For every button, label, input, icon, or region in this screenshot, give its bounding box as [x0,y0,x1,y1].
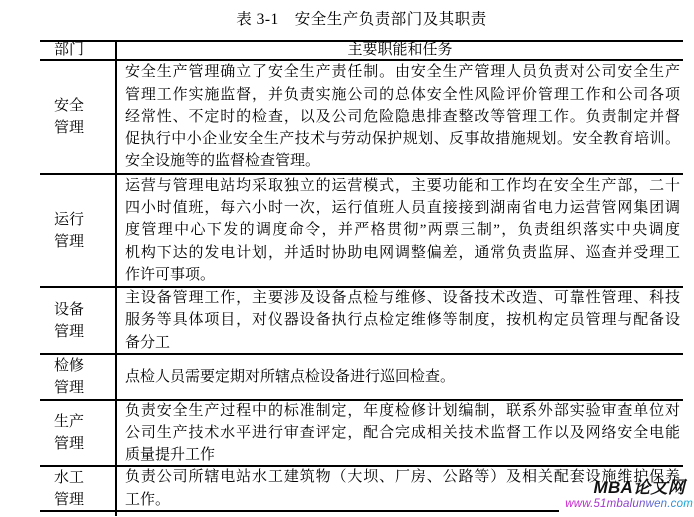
duty-text-line: 主设备管理工作，主要涉及设备点检与维修、设备技术改造、可靠性管理、科技 [125,287,680,309]
duty-cell: 负责安全生产过程中的标准制定，年度检修计划编制，联系外部实验审查单位对公司生产技… [117,401,683,465]
duty-text-line: 备分工 [125,332,680,354]
dept-cell: 安全管理 [40,61,117,173]
duty-text-line: 四小时值班，每六小时一次，运行值班人员直接接到湖南省电力运营管网集团调 [125,197,680,219]
table-row: 检修管理点检人员需要定期对所辖点检设备进行巡回检查。 [40,355,683,401]
duty-text-line: 点检人员需要定期对所辖点检设备进行巡回检查。 [125,366,680,388]
duty-text-line: 负责安全生产过程中的标准制定，年度检修计划编制，联系外部实验审查单位对 [125,400,680,422]
table-body: 安全管理安全生产管理确立了安全生产责任制。由安全生产管理人员负责对公司安全生产管… [40,61,683,510]
table-caption: 表 3-1 安全生产负责部门及其职责 [40,7,683,29]
document-page: 表 3-1 安全生产负责部门及其职责 部门 主要职能和任务 安全管理安全生产管理… [0,0,694,517]
dept-cell: 生产管理 [40,401,117,465]
dept-label-line: 检修 [54,355,115,377]
duty-cell: 点检人员需要定期对所辖点检设备进行巡回检查。 [117,355,683,399]
duty-cell: 安全生产管理确立了安全生产责任制。由安全生产管理人员负责对公司安全生产管理工作实… [117,61,683,173]
dept-label-line: 管理 [54,377,115,399]
watermark-url: www.51mbalunwen.com [559,496,694,514]
duty-text-line: 安全设施等的监督检查管理。 [125,150,680,172]
table-row: 运行管理运营与管理电站均采取独立的运营模式，主要功能和工作均在安全生产部，二十四… [40,175,683,288]
duty-text-line: 安全生产管理确立了安全生产责任制。由安全生产管理人员负责对公司安全生产 [125,61,680,83]
dept-cell: 运行管理 [40,175,117,286]
duty-text-line: 运营与管理电站均采取独立的运营模式，主要功能和工作均在安全生产部，二十 [125,175,680,197]
duty-text-line: 服务等具体项目，对仪器设备执行点检定维修等制度，按机构定员管理与配备设 [125,309,680,331]
duty-text-line: 公司生产技术水平进行审查评定，配合完成相关技术监督工作以及网络安全电能 [125,422,680,444]
duty-text-line: 度管理中心下发的调度命令，并严格贯彻”两票三制”，负责组织落实中央调度 [125,219,680,241]
dept-column-header: 部门 [40,42,117,59]
dept-label-line: 设备 [54,299,115,321]
dept-cell: 水工管理 [40,467,117,510]
watermark-url-text: www.51mbalunwen.com [565,498,693,510]
dept-label-line: 管理 [54,321,115,343]
dept-label-line: 安全 [54,95,115,117]
duty-text-line: 作许可事项。 [125,264,680,286]
dept-label-line: 管理 [54,117,115,139]
duty-cell: 运营与管理电站均采取独立的运营模式，主要功能和工作均在安全生产部，二十四小时值班… [117,175,683,286]
duty-text-line: 促执行中小企业安全生产技术与劳动保护规划、反事故措施规划。安全教育培训。 [125,128,680,150]
dept-label-line: 管理 [54,231,115,253]
duty-text-line: 管理工作实施监督，并负责实施公司的总体安全性风险评价管理工作和公司各项 [125,84,680,106]
duties-column-header: 主要职能和任务 [117,42,683,59]
duty-text-line: 经常性、不定时的检查，以及公司危险隐患排查整改等管理工作。负责制定并督 [125,106,680,128]
dept-cell: 设备管理 [40,288,117,353]
dept-label-line: 运行 [54,209,115,231]
table-row: 设备管理主设备管理工作，主要涉及设备点检与维修、设备技术改造、可靠性管理、科技服… [40,288,683,355]
duties-table: 部门 主要职能和任务 安全管理安全生产管理确立了安全生产责任制。由安全生产管理人… [40,40,683,512]
table-row: 安全管理安全生产管理确立了安全生产责任制。由安全生产管理人员负责对公司安全生产管… [40,61,683,175]
duty-text-line: 机构下达的发电计划，并适时协助电网调整偏差，通常负责监屏、巡查并受理工 [125,242,680,264]
table-row: 生产管理负责安全生产过程中的标准制定，年度检修计划编制，联系外部实验审查单位对公… [40,401,683,467]
dept-label-line: 水工 [54,467,115,489]
table-header-row: 部门 主要职能和任务 [40,42,683,61]
dept-label-line: 管理 [54,433,115,455]
duty-cell: 主设备管理工作，主要涉及设备点检与维修、设备技术改造、可靠性管理、科技服务等具体… [117,288,683,353]
watermark-brand: MBA论文网 [593,473,685,498]
dept-cell: 检修管理 [40,355,117,399]
dept-label-line: 生产 [54,411,115,433]
duty-text-line: 质量提升工作 [125,444,680,466]
dept-label-line: 管理 [54,489,115,511]
